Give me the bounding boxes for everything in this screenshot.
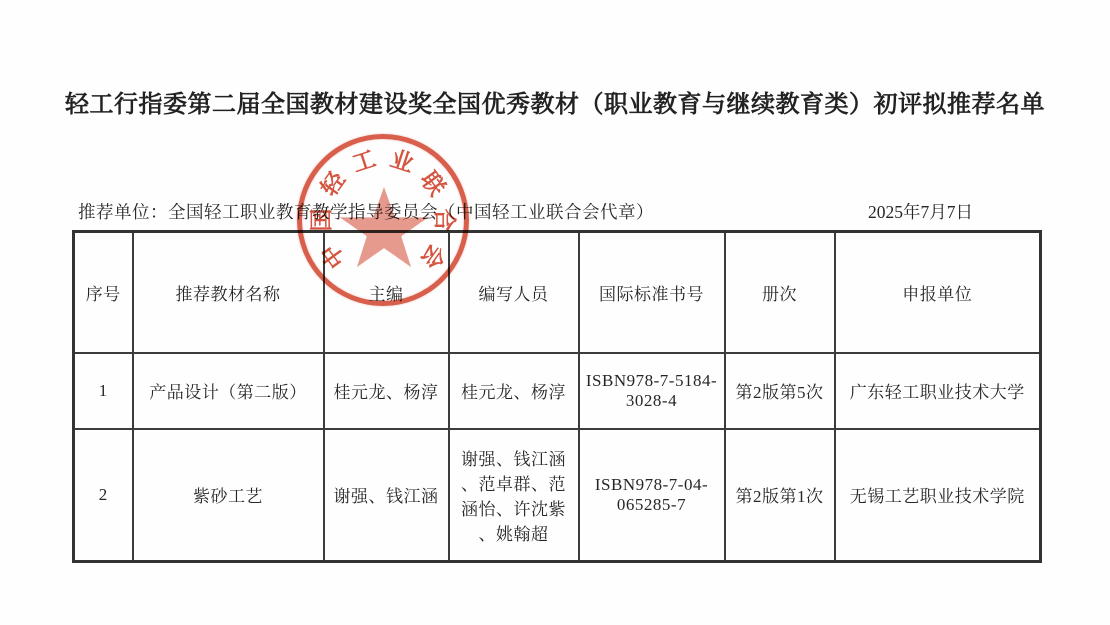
cell-volume: 第2版第1次 — [725, 429, 835, 562]
cell-book-title: 产品设计（第二版） — [133, 353, 324, 429]
cell-book-title: 紫砂工艺 — [133, 429, 324, 562]
document-date: 2025年7月7日 — [868, 199, 973, 224]
table-header-row: 序号 推荐教材名称 主编 编写人员 国际标准书号 册次 申报单位 — [74, 232, 1041, 353]
header-index: 序号 — [74, 232, 133, 353]
cell-writers: 桂元龙、杨淳 — [449, 353, 579, 429]
header-isbn: 国际标准书号 — [579, 232, 725, 353]
header-chief-editor: 主编 — [324, 232, 449, 353]
cell-chief-editor: 桂元龙、杨淳 — [324, 353, 449, 429]
header-writers: 编写人员 — [449, 232, 579, 353]
recommendation-table: 序号 推荐教材名称 主编 编写人员 国际标准书号 册次 申报单位 1 产品设计（… — [72, 230, 1042, 563]
cell-chief-editor: 谢强、钱江涵 — [324, 429, 449, 562]
seal-char: 联 — [414, 166, 450, 202]
header-volume: 册次 — [725, 232, 835, 353]
cell-isbn: ISBN978-7-04-065285-7 — [579, 429, 725, 562]
recommender-line: 推荐单位：全国轻工职业教育教学指导委员会（中国轻工业联合会代章） — [78, 199, 654, 224]
seal-char: 业 — [385, 146, 418, 179]
header-applicant: 申报单位 — [835, 232, 1041, 353]
header-book-title: 推荐教材名称 — [133, 232, 324, 353]
cell-isbn: ISBN978-7-5184-3028-4 — [579, 353, 725, 429]
cell-index: 1 — [74, 353, 133, 429]
scanned-document-page: 轻工行指委第二届全国教材建设奖全国优秀教材（职业教育与继续教育类）初评拟推荐名单… — [0, 0, 1110, 625]
cell-volume: 第2版第5次 — [725, 353, 835, 429]
seal-char: 轻 — [315, 166, 351, 202]
seal-char: 工 — [348, 146, 381, 179]
table-row: 2 紫砂工艺 谢强、钱江涵 谢强、钱江涵、范卓群、范涵怡、许沈紫、姚翰超 ISB… — [74, 429, 1041, 562]
cell-index: 2 — [74, 429, 133, 562]
cell-applicant: 广东轻工职业技术大学 — [835, 353, 1041, 429]
cell-applicant: 无锡工艺职业技术学院 — [835, 429, 1041, 562]
cell-writers: 谢强、钱江涵、范卓群、范涵怡、许沈紫、姚翰超 — [449, 429, 579, 562]
table-row: 1 产品设计（第二版） 桂元龙、杨淳 桂元龙、杨淳 ISBN978-7-5184… — [74, 353, 1041, 429]
document-title: 轻工行指委第二届全国教材建设奖全国优秀教材（职业教育与继续教育类）初评拟推荐名单 — [0, 84, 1110, 119]
